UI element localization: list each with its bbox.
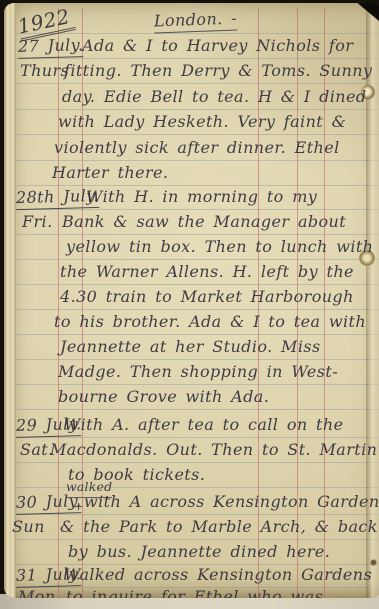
- entry-line: Harter there.: [52, 163, 168, 183]
- entry-line: fitting. Then Derry & Toms. Sunny: [64, 61, 372, 81]
- entry-line: with A across Kensington Gardens: [84, 492, 379, 512]
- diary-page: 1922 London. - 27 July. Ada & I to Harve…: [4, 3, 379, 598]
- entry-line: & the Park to Marble Arch, & back: [60, 517, 378, 537]
- entry-line: Walked across Kensington Gardens: [64, 565, 372, 585]
- insert-caret-mark: +: [74, 497, 84, 517]
- entry-day-label: Fri.: [22, 212, 53, 232]
- entry-line: Bank & saw the Manager about: [62, 212, 346, 232]
- entry-line: the Warner Allens. H. left by the: [60, 262, 354, 282]
- entry-line: Ada & I to Harvey Nichols for: [82, 36, 353, 56]
- binding-page-edges: [4, 3, 16, 598]
- entry-line: violently sick after dinner. Ethel: [54, 138, 340, 158]
- entry-line: day. Edie Bell to tea. H & I dined: [62, 87, 367, 107]
- entry-line: to his brother. Ada & I to tea with: [54, 312, 366, 332]
- entry-line: with Lady Hesketh. Very faint &: [58, 112, 346, 132]
- entry-line: Jeannette at her Studio. Miss: [60, 337, 321, 357]
- entry-line: bourne Grove with Ada.: [58, 387, 269, 407]
- page-heading: London. -: [154, 9, 238, 34]
- entry-line: 4.30 train to Market Harborough: [60, 287, 354, 307]
- entry-line: With H. in morning to my: [86, 187, 317, 207]
- diary-photo: 1922 London. - 27 July. Ada & I to Harve…: [0, 0, 379, 609]
- entry-line: to inquire for Ethel who was: [66, 587, 323, 598]
- entry-day-label: Sun: [12, 517, 45, 537]
- entry-day-label: Sat.: [20, 440, 54, 460]
- entry-line: Macdonalds. Out. Then to St. Martin's: [50, 440, 379, 460]
- entry-line: yellow tin box. Then to lunch with: [66, 237, 373, 257]
- entry-day-label: Mon.: [18, 587, 61, 598]
- entry-date: 27 July.: [18, 35, 84, 59]
- entry-line: Madge. Then shopping in West-: [58, 362, 338, 382]
- entry-day-label: Thurs: [20, 61, 69, 81]
- entry-line: by bus. Jeannette dined here.: [68, 542, 330, 562]
- entry-line: With A. after tea to call on the: [64, 415, 343, 435]
